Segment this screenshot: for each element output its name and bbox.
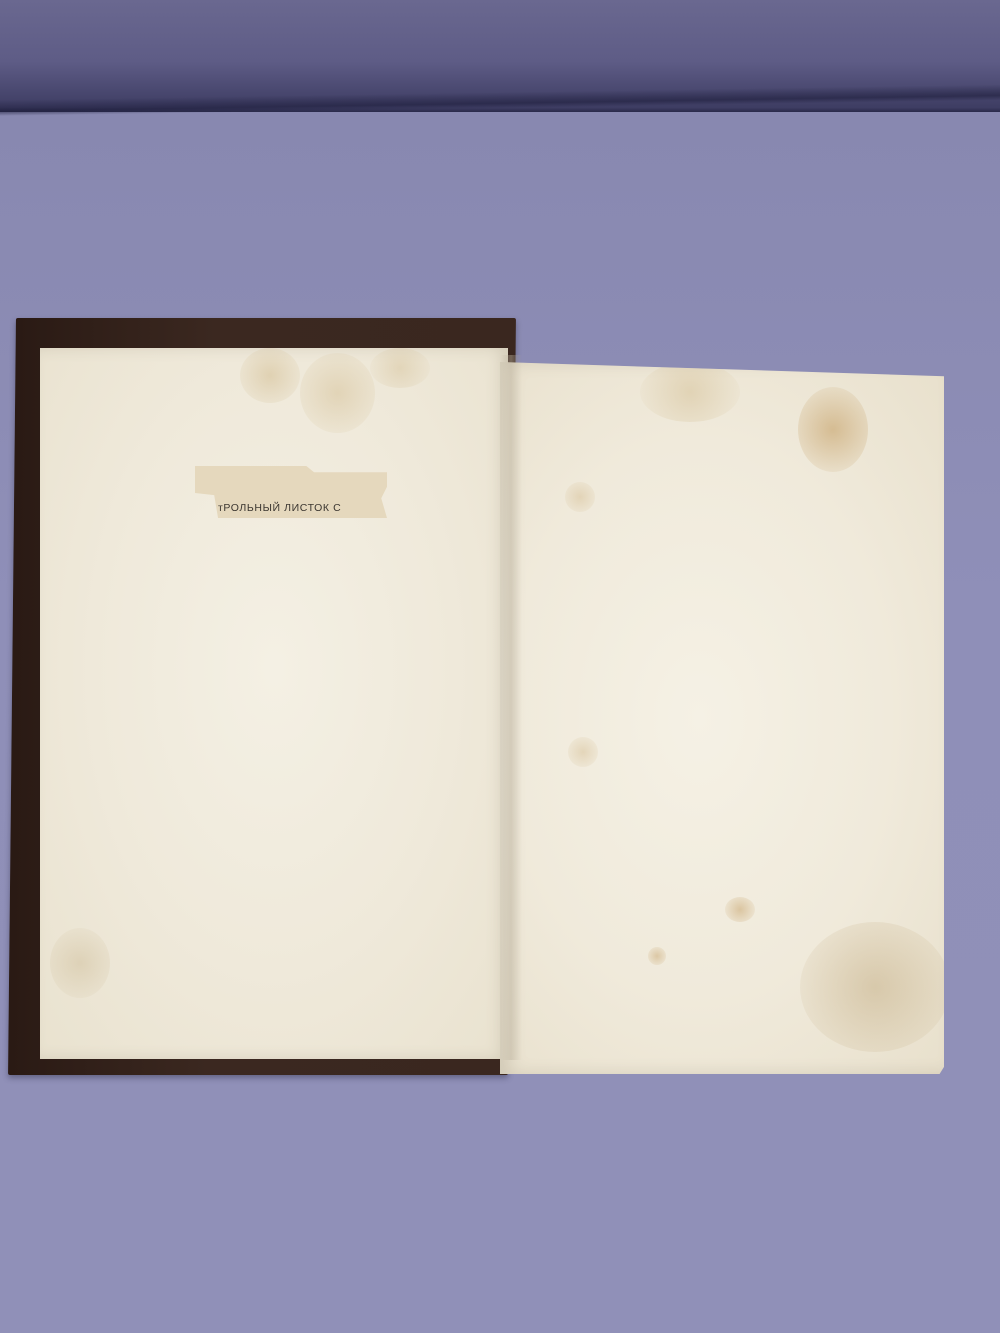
right-flyleaf <box>500 362 944 1074</box>
water-stain <box>800 922 950 1052</box>
open-book: тРОЛЬНЫЙ ЛИСТОК С <box>0 0 1000 1333</box>
water-stain <box>370 348 430 388</box>
water-stain <box>640 362 740 422</box>
foxing-spot <box>568 737 598 767</box>
left-endpaper <box>40 348 508 1059</box>
water-stain <box>50 928 110 998</box>
foxing-spot <box>725 897 755 922</box>
foxing-stain <box>798 387 868 472</box>
water-stain <box>240 348 300 403</box>
water-stain <box>300 353 375 433</box>
book-gutter <box>500 355 522 1060</box>
foxing-spot <box>648 947 666 965</box>
foxing-spot <box>565 482 595 512</box>
label-text: тРОЛЬНЫЙ ЛИСТОК С <box>218 502 341 514</box>
